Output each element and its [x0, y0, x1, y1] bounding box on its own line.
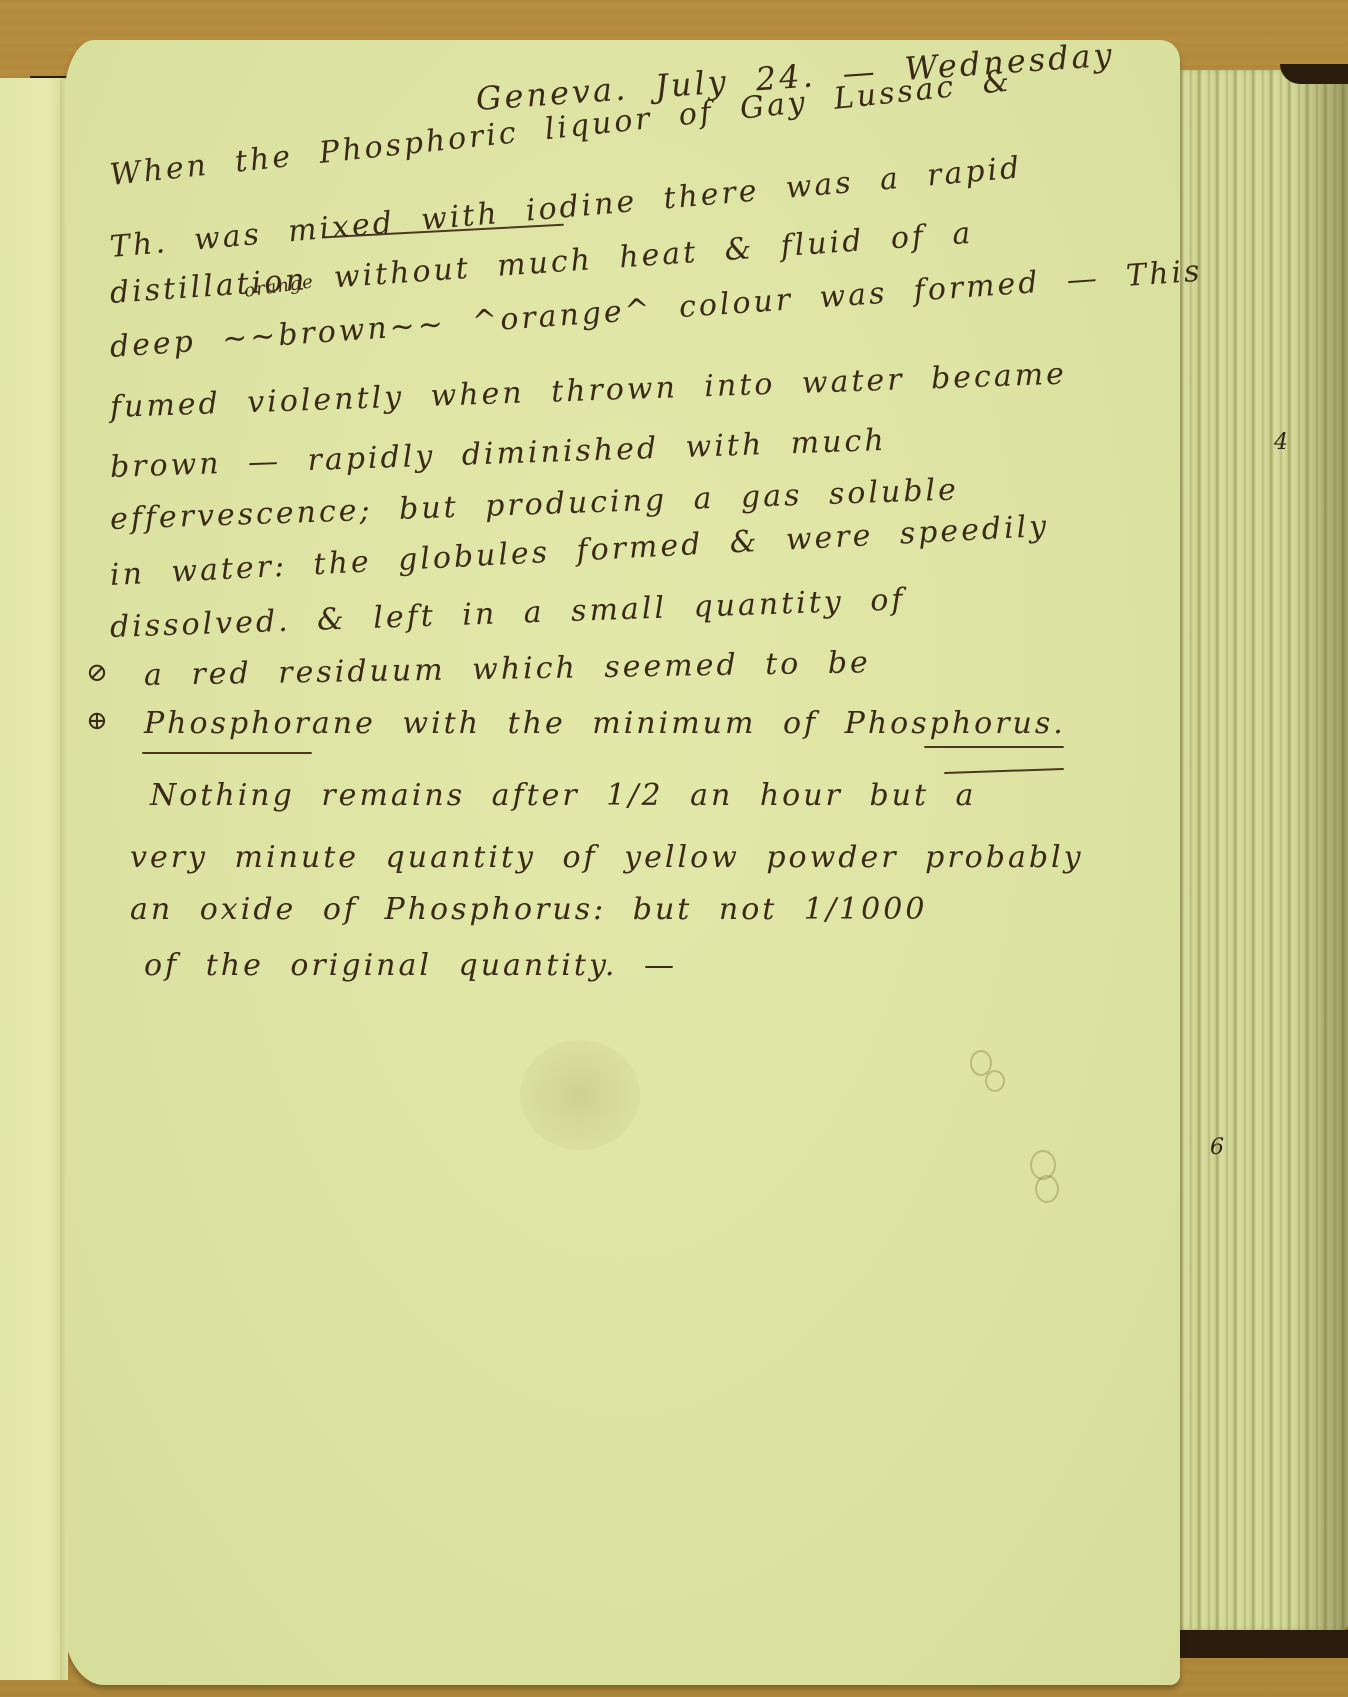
handwritten-text-block: Geneva. July 24. — Wednesday When the Ph… [64, 40, 1180, 1040]
text-line: an oxide of Phosphorus: but not 1/1000 [130, 892, 927, 927]
circled-margin-mark: ⊘ [86, 658, 108, 688]
text-line-14: an oxide of Phosphorus: but not 1/1000 [130, 892, 927, 927]
text-line-15: of the original quantity. — [144, 948, 677, 983]
text-line: of the original quantity. — [144, 948, 677, 983]
text-line-6: brown — rapidly diminished with much [109, 423, 887, 485]
text-line-9: dissolved. & left in a small quantity of [109, 582, 906, 645]
text-line-5: fumed violently when thrown into water b… [109, 357, 1067, 425]
book-cover-top-edge [1280, 64, 1348, 84]
fore-edge-mark: 6 [1210, 1135, 1224, 1160]
fore-edge-mark: 4 [1274, 430, 1288, 455]
text-line-13: very minute quantity of yellow powder pr… [130, 840, 1084, 875]
text-line: Phosphorane with the minimum of Phosphor… [144, 706, 1066, 741]
left-page-edge [0, 78, 66, 1680]
text-line: a red residuum which seemed to be [144, 645, 871, 693]
separator-rule [944, 768, 1064, 774]
text-line: dissolved. & left in a small quantity of [109, 582, 906, 645]
underline-phosphorus [924, 746, 1064, 748]
paper-stain [1035, 1175, 1059, 1203]
fore-edge-shadow [1290, 70, 1348, 1630]
underline-phosphorane [142, 752, 312, 754]
text-line: brown — rapidly diminished with much [109, 423, 887, 485]
paper-stain [520, 1040, 640, 1150]
text-line-12: Nothing remains after 1/2 an hour but a [150, 778, 976, 813]
text-line: fumed violently when thrown into water b… [109, 357, 1067, 425]
text-line-11: Phosphorane with the minimum of Phosphor… [144, 706, 1066, 741]
text-line: very minute quantity of yellow powder pr… [130, 840, 1084, 875]
paper-stain [985, 1070, 1005, 1092]
text-line: Nothing remains after 1/2 an hour but a [150, 778, 976, 813]
text-line-10: a red residuum which seemed to be [144, 645, 871, 693]
circled-margin-mark: ⊕ [86, 706, 108, 736]
book-cover-bottom-edge [1180, 1630, 1348, 1658]
